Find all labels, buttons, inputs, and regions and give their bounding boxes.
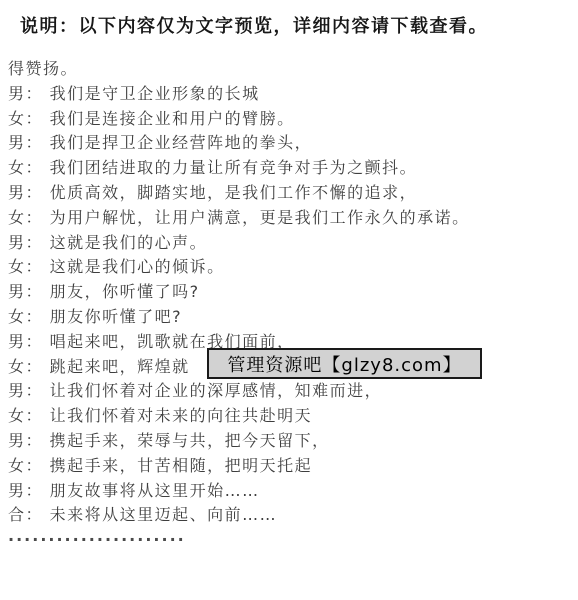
- script-body: 得赞扬。 男： 我们是守卫企业形象的长城 女： 我们是连接企业和用户的臂膀。 男…: [8, 57, 470, 553]
- script-line: 女： 我们是连接企业和用户的臂膀。: [8, 107, 470, 132]
- script-line: 男： 携起手来，荣辱与共，把今天留下，: [8, 429, 470, 454]
- preview-notice: 说明：以下内容仅为文字预览，详细内容请下载查看。: [20, 12, 488, 38]
- script-line: 男： 朋友，你听懂了吗?: [8, 280, 470, 305]
- script-line: 女： 这就是我们心的倾诉。: [8, 255, 470, 280]
- script-line: 男： 朋友故事将从这里开始……: [8, 479, 470, 504]
- script-line: 男： 这就是我们的心声。: [8, 231, 470, 256]
- script-line: 男： 优质高效，脚踏实地，是我们工作不懈的追求，: [8, 181, 470, 206]
- script-line: 女： 携起手来，甘苦相随，把明天托起: [8, 454, 470, 479]
- script-line: 得赞扬。: [8, 57, 470, 82]
- script-line: 男： 我们是捍卫企业经营阵地的拳头，: [8, 131, 470, 156]
- script-line: 男： 我们是守卫企业形象的长城: [8, 82, 470, 107]
- script-line: 女： 让我们怀着对未来的向往共赴明天: [8, 404, 470, 429]
- script-line: 女： 朋友你听懂了吧?: [8, 305, 470, 330]
- script-line: 女： 为用户解忧，让用户满意，更是我们工作永久的承诺。: [8, 206, 470, 231]
- script-line: 女： 我们团结进取的力量让所有竞争对手为之颤抖。: [8, 156, 470, 181]
- ellipsis-line: ······················: [8, 528, 470, 553]
- watermark-badge: 管理资源吧【glzy8.com】: [207, 348, 482, 379]
- script-line: 男： 让我们怀着对企业的深厚感情，知难而进，: [8, 379, 470, 404]
- script-line: 合： 未来将从这里迈起、向前……: [8, 503, 470, 528]
